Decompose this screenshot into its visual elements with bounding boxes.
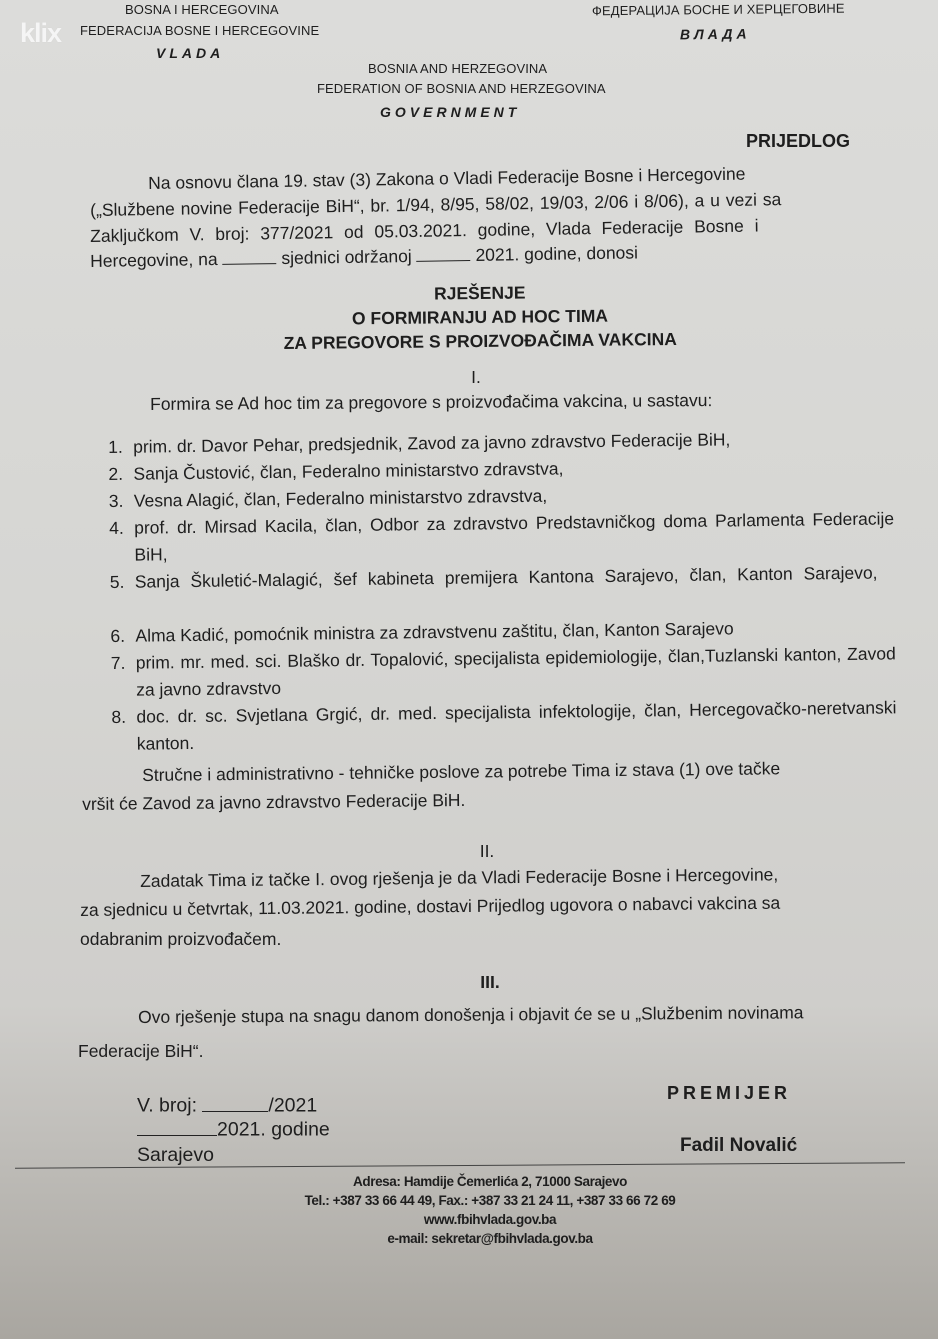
session-number-blank	[222, 246, 276, 265]
letterhead-government: VLADA	[156, 45, 224, 61]
proposal-label: PRIJEDLOG	[746, 131, 850, 152]
letterhead-federation-cyrillic: ФЕДЕРАЦИЈА БОСНЕ И ХЕРЦЕГОВИНЕ	[592, 1, 845, 19]
team-members-list: 1.prim. dr. Davor Pehar, predsjednik, Za…	[108, 424, 897, 758]
document-number: V. broj: /2021	[137, 1091, 317, 1118]
signatory-title: PREMIJER	[667, 1083, 791, 1104]
footer-email: e-mail: sekretar@fbihvlada.gov.ba	[250, 1229, 730, 1248]
letterhead-government-english: GOVERNMENT	[380, 104, 520, 120]
letterhead-country-english: BOSNIA AND HERZEGOVINA	[368, 61, 547, 76]
team-member-item: 7.prim. mr. med. sci. Blaško dr. Topalov…	[111, 640, 897, 704]
support-line-2: vršit će Zavod za javno zdravstvo Federa…	[82, 787, 465, 818]
section-2-line-3: odabranim proizvođačem.	[80, 926, 281, 953]
footer-contact: Adresa: Hamdije Čemerlića 2, 71000 Saraj…	[250, 1172, 730, 1248]
letterhead-country: BOSNA I HERCEGOVINA	[125, 2, 279, 17]
section-1-intro: Formira se Ad hoc tim za pregovore s pro…	[150, 387, 712, 418]
session-date-blank	[416, 243, 470, 262]
signatory-name: Fadil Novalić	[680, 1135, 797, 1157]
section-2-heading: II.	[437, 838, 537, 865]
klix-watermark-logo: klix	[20, 18, 61, 49]
decision-title: RJEŠENJE O FORMIRANJU AD HOC TIMA ZA PRE…	[200, 278, 761, 356]
preamble-text-a: Hercegovine, na	[90, 249, 218, 271]
document-number-blank	[202, 1091, 268, 1112]
footer-address: Adresa: Hamdije Čemerlića 2, 71000 Saraj…	[250, 1172, 730, 1191]
team-member-item: 4.prof. dr. Mirsad Kacila, član, Odbor z…	[109, 505, 895, 569]
preamble-text-c: 2021. godine, donosi	[475, 242, 638, 265]
document-page: klix BOSNA I HERCEGOVINA FEDERACIJA BOSN…	[0, 0, 938, 1339]
decision-title-line-3: ZA PREGOVORE S PROIZVOĐAČIMA VAKCINA	[200, 326, 760, 356]
section-2-line-2: za sjednicu u četvrtak, 11.03.2021. godi…	[80, 890, 780, 924]
section-3-line-1: Ovo rješenje stupa na snagu danom donoše…	[138, 999, 804, 1031]
document-place: Sarajevo	[137, 1144, 214, 1167]
footer-phones: Tel.: +387 33 66 44 49, Fax.: +387 33 21…	[250, 1191, 730, 1210]
section-3-line-2: Federacije BiH“.	[78, 1038, 203, 1065]
support-line-1: Stručne i administrativno - tehničke pos…	[142, 755, 780, 789]
team-member-item: 8.doc. dr. sc. Svjetlana Grgić, dr. med.…	[111, 694, 897, 758]
letterhead-federation-english: FEDERATION OF BOSNIA AND HERZEGOVINA	[317, 81, 606, 96]
section-1-heading: I.	[426, 364, 526, 391]
letterhead-government-cyrillic: ВЛАДА	[680, 26, 751, 43]
preamble-text-b: sjednici održanoj	[281, 246, 412, 268]
section-3-heading: III.	[440, 969, 540, 996]
document-date: 2021. godine	[137, 1115, 330, 1142]
document-date-blank	[137, 1115, 217, 1136]
team-member-item: 5.Sanja Škuletić-Malagić, šef kabineta p…	[110, 559, 896, 623]
letterhead-federation: FEDERACIJA BOSNE I HERCEGOVINE	[80, 23, 319, 38]
footer-website: www.fbihvlada.gov.ba	[250, 1210, 730, 1229]
